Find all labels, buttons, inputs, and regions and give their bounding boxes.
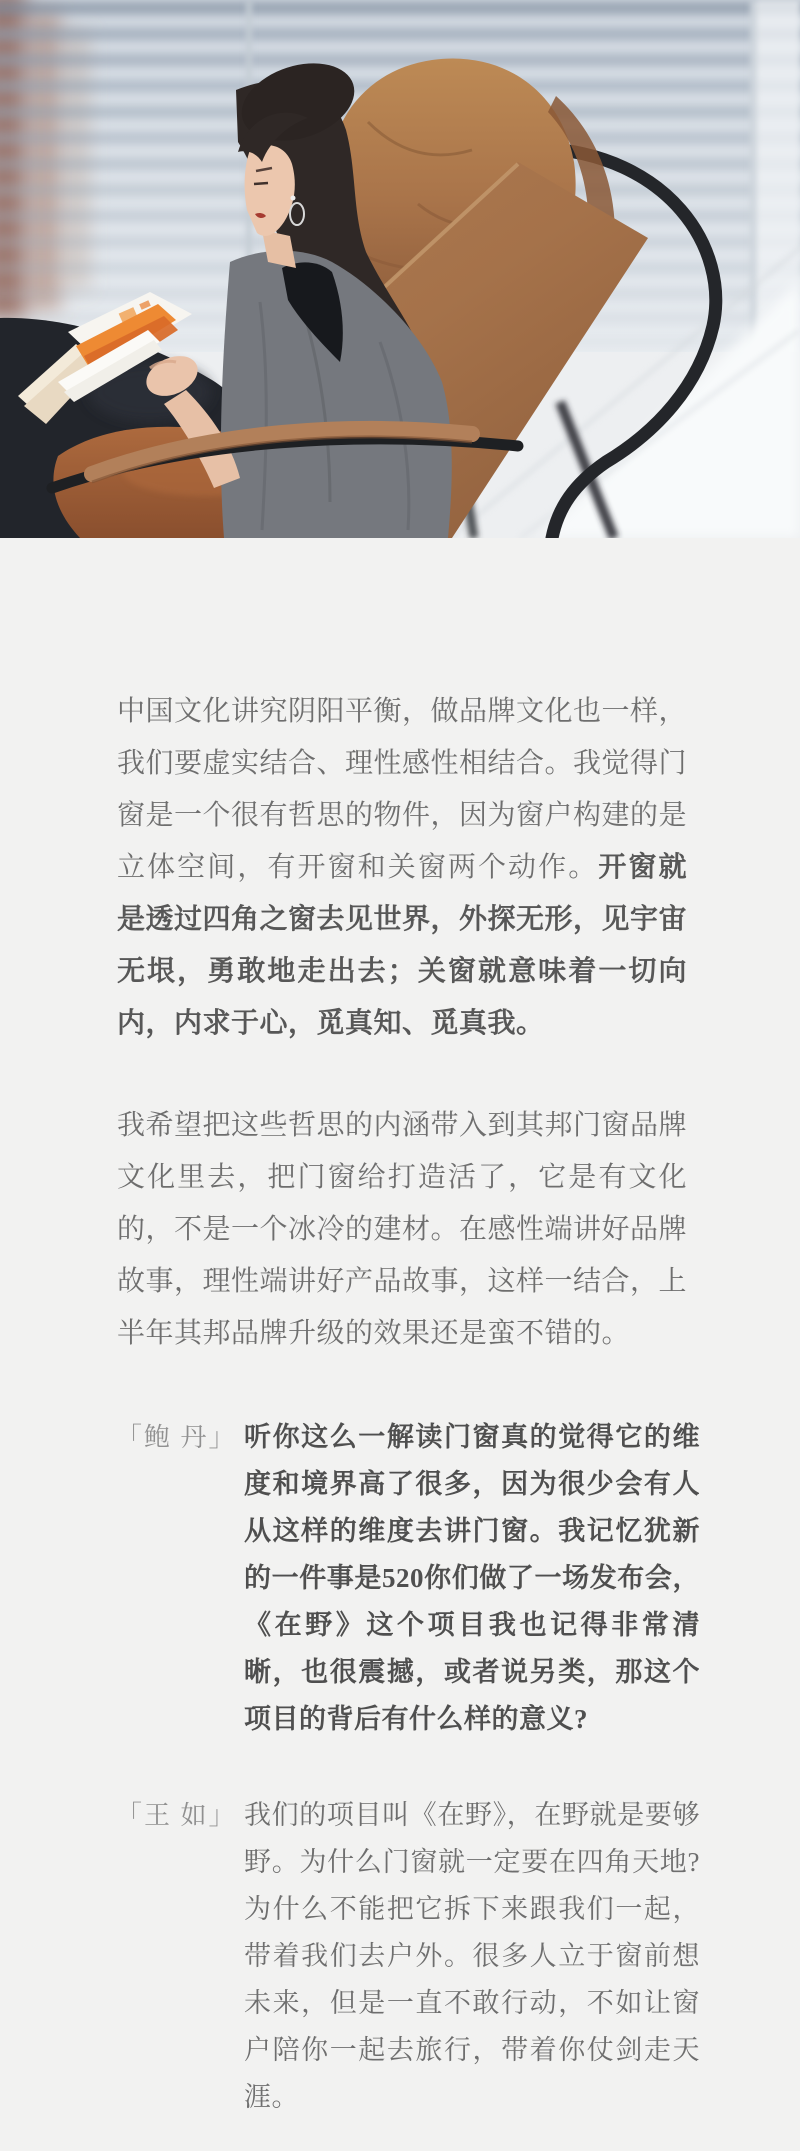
qa-answer-text: 我们的项目叫《在野》，在野就是要够野。为什么门窗就一定要在四角天地?为什么不能把…	[244, 1792, 700, 2121]
article-page: 中国文化讲究阴阳平衡，做品牌文化也一样，我们要虚实结合、理性感性相结合。我觉得门…	[0, 0, 800, 2151]
speaker-label-bao-dan: 「鲍 丹」	[116, 1414, 244, 1461]
earring-stud	[291, 196, 296, 201]
speaker-label-wang-ru: 「王 如」	[116, 1792, 244, 1839]
paragraph-2-text: 我希望把这些哲思的内涵带入到其邦门窗品牌文化里去，把门窗给打造活了，它是有文化的…	[117, 1110, 687, 1349]
qa-block-wang-ru: 「王 如」 我们的项目叫《在野》，在野就是要够野。为什么门窗就一定要在四角天地?…	[116, 1792, 700, 2121]
hero-photo	[0, 0, 800, 538]
qa-block-bao-dan: 「鲍 丹」 听你这么一解读门窗真的觉得它的维度和境界高了很多，因为很少会有人从这…	[116, 1414, 700, 1743]
qa-question-text: 听你这么一解读门窗真的觉得它的维度和境界高了很多，因为很少会有人从这样的维度去讲…	[244, 1414, 700, 1743]
paragraph-1: 中国文化讲究阴阳平衡，做品牌文化也一样，我们要虚实结合、理性感性相结合。我觉得门…	[117, 686, 687, 1050]
paragraph-2: 我希望把这些哲思的内涵带入到其邦门窗品牌文化里去，把门窗给打造活了，它是有文化的…	[117, 1100, 687, 1360]
